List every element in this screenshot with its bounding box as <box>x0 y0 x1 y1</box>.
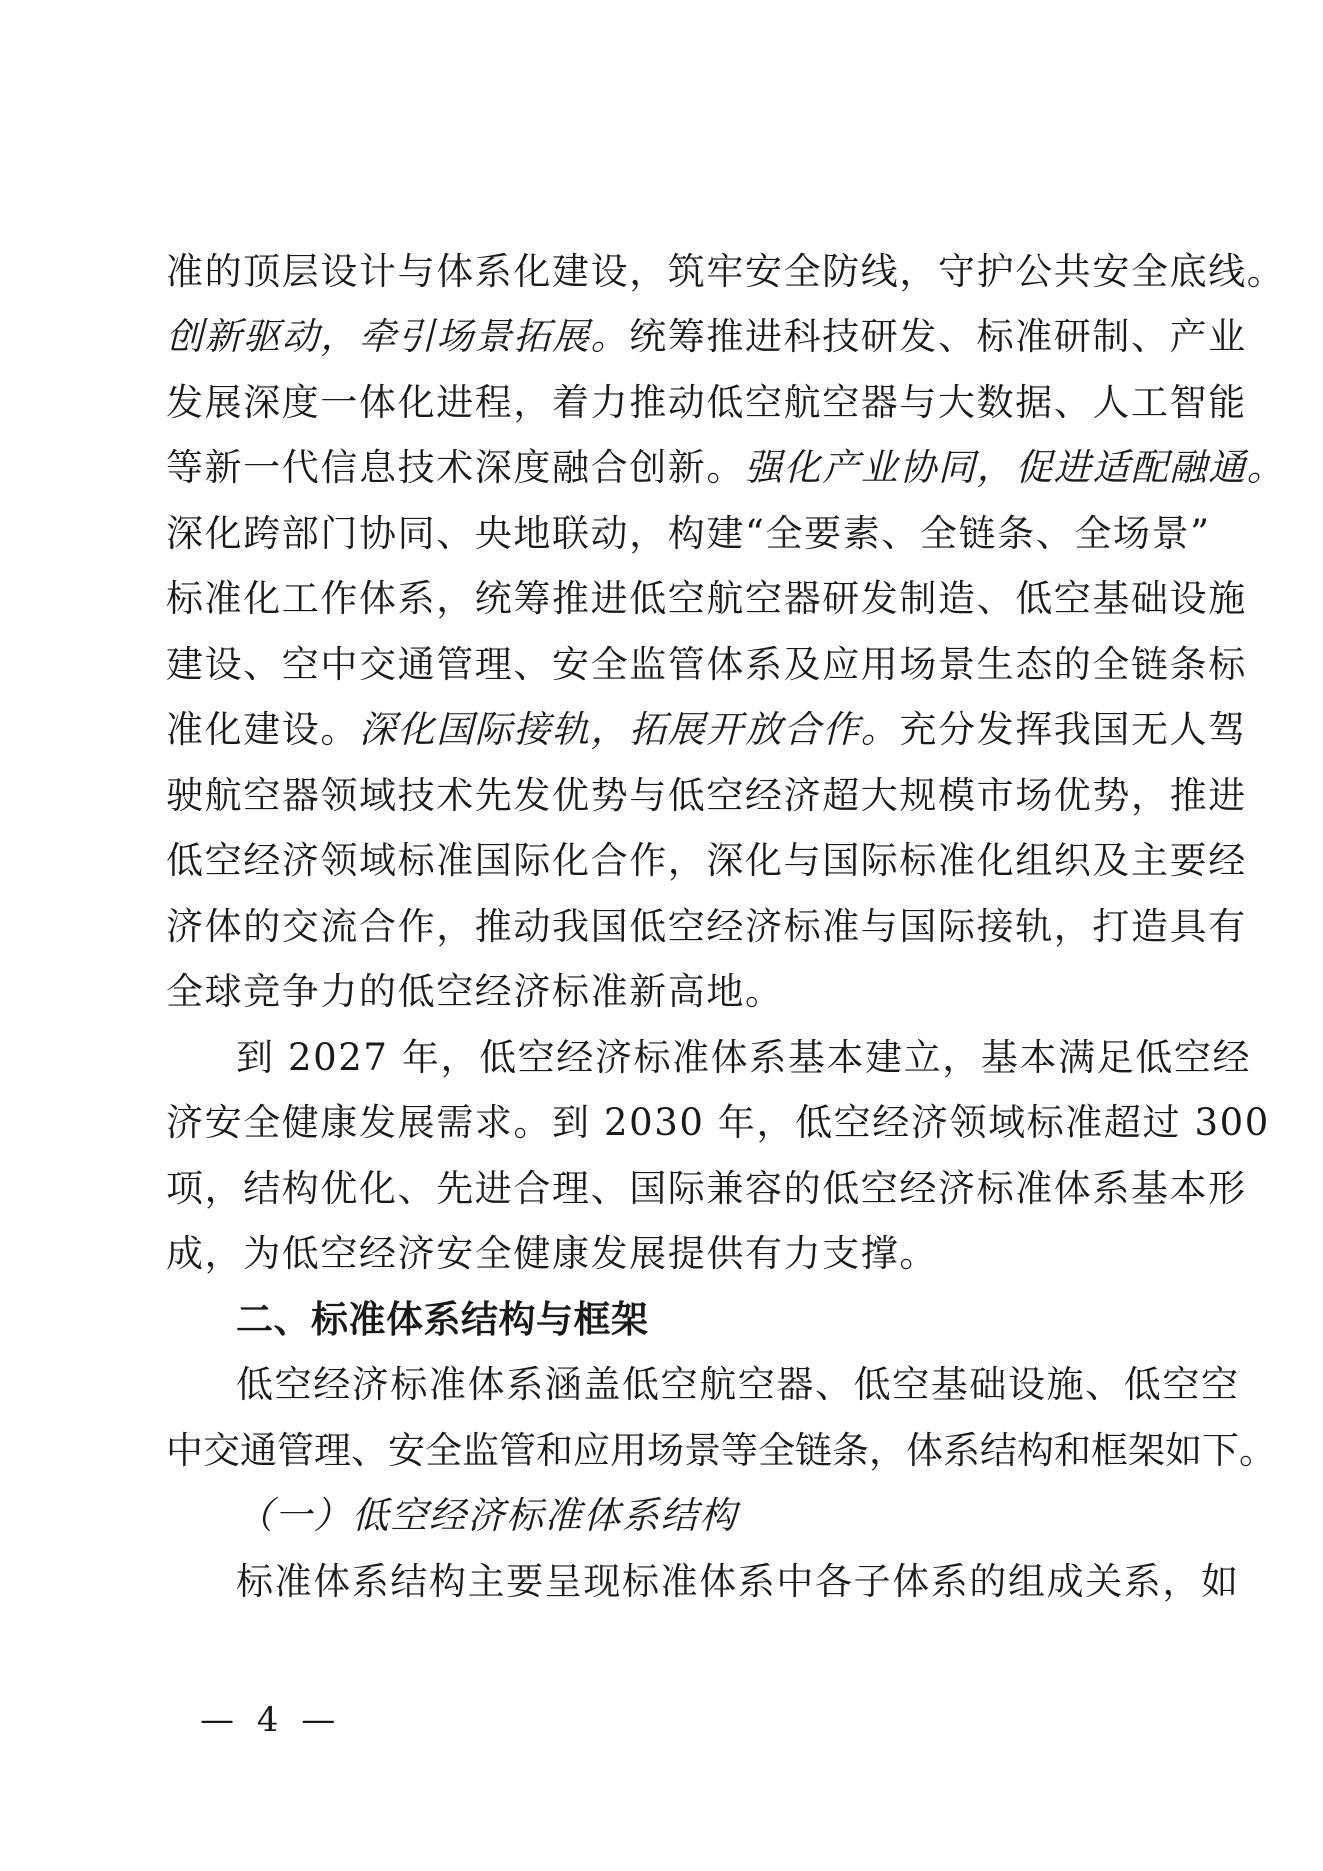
body-line-3: 发展深度一体化进程，着力推动低空航空器与大数据、人工智能 <box>166 378 1166 428</box>
subsection-heading-text: （一）低空经济标准体系结构 <box>236 1494 738 1537</box>
body-text: 全球竞争力的低空经济标准新高地。 <box>166 970 784 1013</box>
lead-phrase-innovation: 创新驱动，牵引场景拓展。 <box>166 315 629 358</box>
lead-phrase-industry-synergy: 强化产业协同，促进适配融通。 <box>745 446 1285 489</box>
body-text: 低空经济领域标准国际化合作，深化与国际标准化组织及主要经 <box>166 839 1247 882</box>
body-text: 充分发挥我国无人驾 <box>899 708 1246 751</box>
body-line-6: 标准化工作体系，统筹推进低空航空器研发制造、低空基础设施 <box>166 574 1166 624</box>
body-text: 建设、空中交通管理、安全监管体系及应用场景生态的全链条标 <box>166 643 1247 686</box>
body-text: 等新一代信息技术深度融合创新。 <box>166 446 745 489</box>
subsection-heading: （一）低空经济标准体系结构 <box>236 1491 1166 1541</box>
body-text: 成，为低空经济安全健康发展提供有力支撑。 <box>166 1232 938 1275</box>
body-text: 标准体系结构主要呈现标准体系中各子体系的组成关系，如 <box>236 1560 1240 1603</box>
body-line-5: 深化跨部门协同、央地联动，构建“全要素、全链条、全场景” <box>166 509 1166 559</box>
body-line-1: 准的顶层设计与体系化建设，筑牢安全防线，守护公共安全底线。 <box>166 247 1166 297</box>
body-text: 标准化工作体系，统筹推进低空航空器研发制造、低空基础设施 <box>166 577 1247 620</box>
body-line-9: 驶航空器领域技术先发优势与低空经济超大规模市场优势，推进 <box>166 771 1166 821</box>
section-heading: 二、标准体系结构与框架 <box>236 1295 1166 1345</box>
page-number: — 4 — <box>200 1700 341 1740</box>
body-line-2: 创新驱动，牵引场景拓展。统筹推进科技研发、标准研制、产业 <box>166 312 1166 362</box>
body-line-17: 低空经济标准体系涵盖低空航空器、低空基础设施、低空空 <box>236 1360 1166 1410</box>
body-line-10: 低空经济领域标准国际化合作，深化与国际标准化组织及主要经 <box>166 836 1166 886</box>
body-text: 项，结构优化、先进合理、国际兼容的低空经济标准体系基本形 <box>166 1167 1247 1210</box>
body-text: 准化建设。 <box>166 708 359 751</box>
body-line-7: 建设、空中交通管理、安全监管体系及应用场景生态的全链条标 <box>166 640 1166 690</box>
body-text: 中交通管理、安全监管和应用场景等全链条，体系结构和框架如下。 <box>166 1429 1276 1472</box>
body-line-16: 成，为低空经济安全健康发展提供有力支撑。 <box>166 1229 1166 1279</box>
body-line-4: 等新一代信息技术深度融合创新。强化产业协同，促进适配融通。 <box>166 443 1166 493</box>
body-line-8: 准化建设。深化国际接轨，拓展开放合作。充分发挥我国无人驾 <box>166 705 1166 755</box>
body-text: 济体的交流合作，推动我国低空经济标准与国际接轨，打造具有 <box>166 905 1247 948</box>
body-text: 低空经济标准体系涵盖低空航空器、低空基础设施、低空空 <box>236 1363 1240 1406</box>
document-page: 准的顶层设计与体系化建设，筑牢安全防线，守护公共安全底线。 创新驱动，牵引场景拓… <box>0 0 1323 1871</box>
body-line-11: 济体的交流合作，推动我国低空经济标准与国际接轨，打造具有 <box>166 902 1166 952</box>
body-line-14: 济安全健康发展需求。到 2030 年，低空经济领域标准超过 300 <box>166 1098 1166 1148</box>
body-text: 驶航空器领域技术先发优势与低空经济超大规模市场优势，推进 <box>166 774 1247 817</box>
body-line-19: 标准体系结构主要呈现标准体系中各子体系的组成关系，如 <box>236 1557 1166 1607</box>
body-line-12: 全球竞争力的低空经济标准新高地。 <box>166 967 1166 1017</box>
body-text: 深化跨部门协同、央地联动，构建“全要素、全链条、全场景” <box>166 512 1211 555</box>
body-text: 准的顶层设计与体系化建设，筑牢安全防线，守护公共安全底线。 <box>166 250 1285 293</box>
body-line-15: 项，结构优化、先进合理、国际兼容的低空经济标准体系基本形 <box>166 1164 1166 1214</box>
body-line-18: 中交通管理、安全监管和应用场景等全链条，体系结构和框架如下。 <box>166 1426 1166 1476</box>
section-heading-text: 二、标准体系结构与框架 <box>236 1298 649 1341</box>
body-text: 济安全健康发展需求。到 2030 年，低空经济领域标准超过 300 <box>166 1101 1270 1144</box>
body-text: 到 2027 年，低空经济标准体系基本建立，基本满足低空经 <box>236 1036 1251 1079</box>
body-text: 统筹推进科技研发、标准研制、产业 <box>629 315 1247 358</box>
lead-phrase-international: 深化国际接轨，拓展开放合作。 <box>359 708 899 751</box>
body-line-13: 到 2027 年，低空经济标准体系基本建立，基本满足低空经 <box>236 1033 1166 1083</box>
body-text: 发展深度一体化进程，着力推动低空航空器与大数据、人工智能 <box>166 381 1247 424</box>
